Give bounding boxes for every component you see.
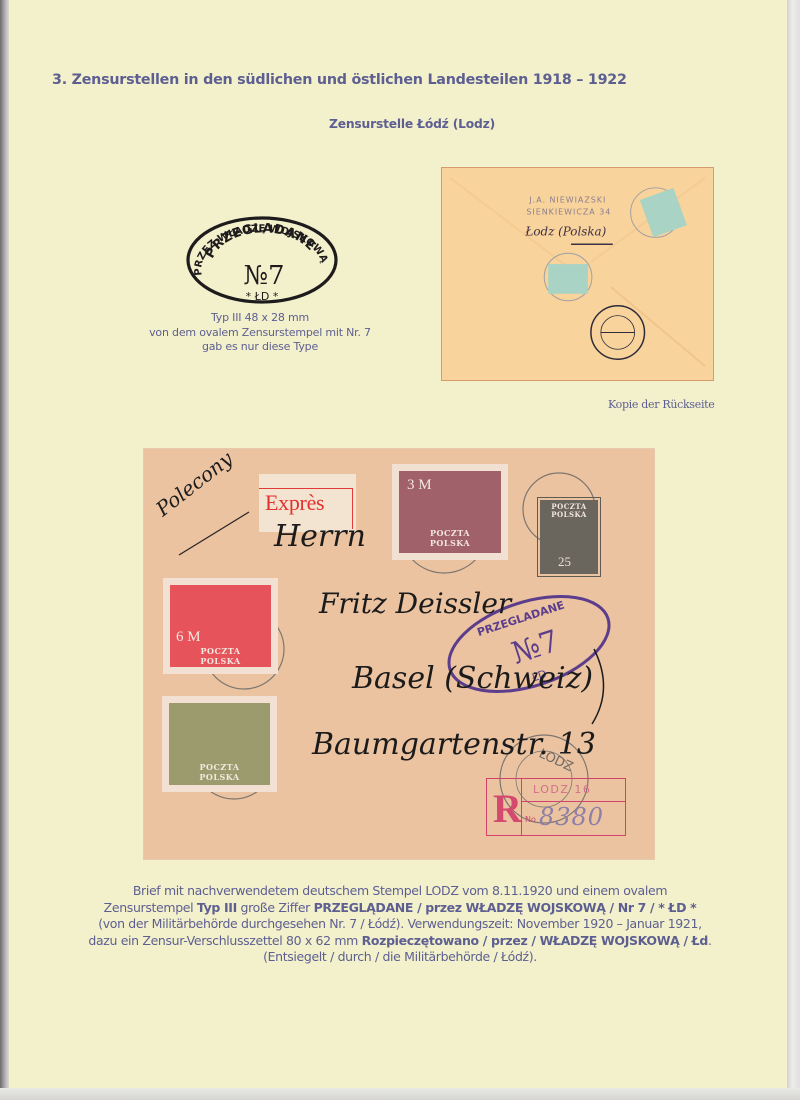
stamp-caption-line: gab es nur diese Type	[140, 340, 380, 355]
address-line: Fritz Deissler	[319, 587, 511, 620]
description-line: (von der Militärbehörde durchgesehen Nr.…	[60, 916, 740, 933]
page-subtitle: Zensurstelle Łódź (Lodz)	[329, 117, 495, 131]
cover-description: Brief mit nachverwendetem deutschem Stem…	[60, 883, 740, 966]
scan-edge-left	[0, 0, 9, 1100]
address-line: Baumgartenstr. 13	[312, 727, 596, 762]
censor-stamp-illustration: PRZEGLADANE PRZEZ WŁADZĘ WOJSKOWĄ №7 * Ł…	[184, 214, 340, 306]
back-cover-caption: Kopie der Rückseite	[608, 398, 715, 411]
address-line: Herrn	[274, 519, 366, 554]
postage-stamp-25: POCZTA POLSKA 25	[537, 497, 601, 577]
postage-stamp-6m: 6 M POCZTA POLSKA	[163, 578, 278, 674]
stamp-caption-line: von dem ovalem Zensurstempel mit Nr. 7	[140, 326, 380, 341]
sender-line: J.A. NIEWIAZSKI	[528, 196, 606, 205]
sender-line: SIENKIEWICZA 34	[526, 208, 611, 217]
description-line: Zensurstempel Typ III große Ziffer PRZEG…	[60, 900, 740, 917]
front-cover-image: LODZ №7 PRZEGLADANE ŁD Polecony Exprès 3…	[144, 449, 654, 859]
postage-stamp-green: POCZTA POLSKA	[162, 696, 277, 792]
description-line: Brief mit nachverwendetem deutschem Stem…	[60, 883, 740, 900]
registration-label: R LODZ 16 No 8380	[486, 778, 626, 836]
back-handwriting: Łodz (Polska)	[524, 224, 606, 238]
stamp-bottom-text: * ŁD *	[246, 290, 279, 303]
postage-stamp-3m: 3 M POCZTA POLSKA	[392, 464, 508, 560]
back-cover-image: J.A. NIEWIAZSKI SIENKIEWICZA 34 Łodz (Po…	[441, 167, 714, 381]
scan-edge-right	[787, 0, 800, 1100]
scan-edge-bottom	[0, 1088, 800, 1100]
address-line: Basel (Schweiz)	[352, 661, 593, 696]
express-label-text: Exprès	[265, 490, 324, 516]
page-title: 3. Zensurstellen in den südlichen und ös…	[52, 72, 627, 88]
description-line: (Entsiegelt / durch / die Militärbehörde…	[60, 949, 740, 966]
stamp-caption: Typ III 48 x 28 mm von dem ovalem Zensur…	[140, 311, 380, 355]
description-line: dazu ein Zensur-Verschlusszettel 80 x 62…	[60, 933, 740, 950]
stamp-number: №7	[243, 261, 284, 291]
stamp-caption-line: Typ III 48 x 28 mm	[140, 311, 380, 326]
